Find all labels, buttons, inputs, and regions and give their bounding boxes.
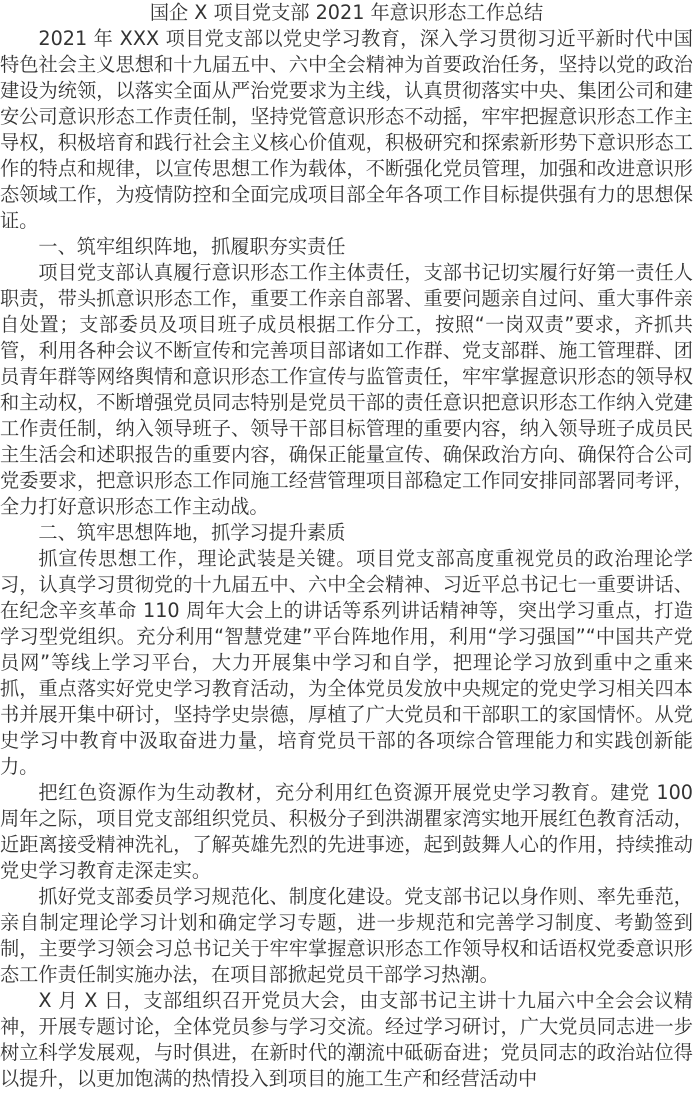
- intro-paragraph: 2021 年 XXX 项目党支部以党史学习教育，深入学习贯彻习近平新时代中国特色…: [0, 26, 693, 234]
- section-2-paragraph-3: 抓好党支部委员学习规范化、制度化建设。党支部书记以身作则、率先垂范，亲自制定理论…: [0, 884, 693, 988]
- document: 国企 X 项目党支部 2021 年意识形态工作总结 2021 年 XXX 项目党…: [0, 0, 693, 1092]
- section-2-heading: 二、筑牢思想阵地，抓学习提升素质: [0, 520, 693, 546]
- section-2-paragraph-2: 把红色资源作为生动教材，充分利用红色资源开展党史学习教育。建党 100 周年之际…: [0, 780, 693, 884]
- section-2-paragraph-1: 抓宣传思想工作，理论武装是关键。项目党支部高度重视党员的政治理论学习，认真学习贯…: [0, 546, 693, 780]
- section-1-paragraph-1: 项目党支部认真履行意识形态工作主体责任，支部书记切实履行好第一责任人职责，带头抓…: [0, 260, 693, 520]
- section-2-paragraph-4: X 月 X 日，支部组织召开党员大会，由支部书记主讲十九届六中全会会议精神，开展…: [0, 988, 693, 1092]
- section-1-heading: 一、筑牢组织阵地，抓履职夯实责任: [0, 234, 693, 260]
- document-title: 国企 X 项目党支部 2021 年意识形态工作总结: [0, 0, 693, 26]
